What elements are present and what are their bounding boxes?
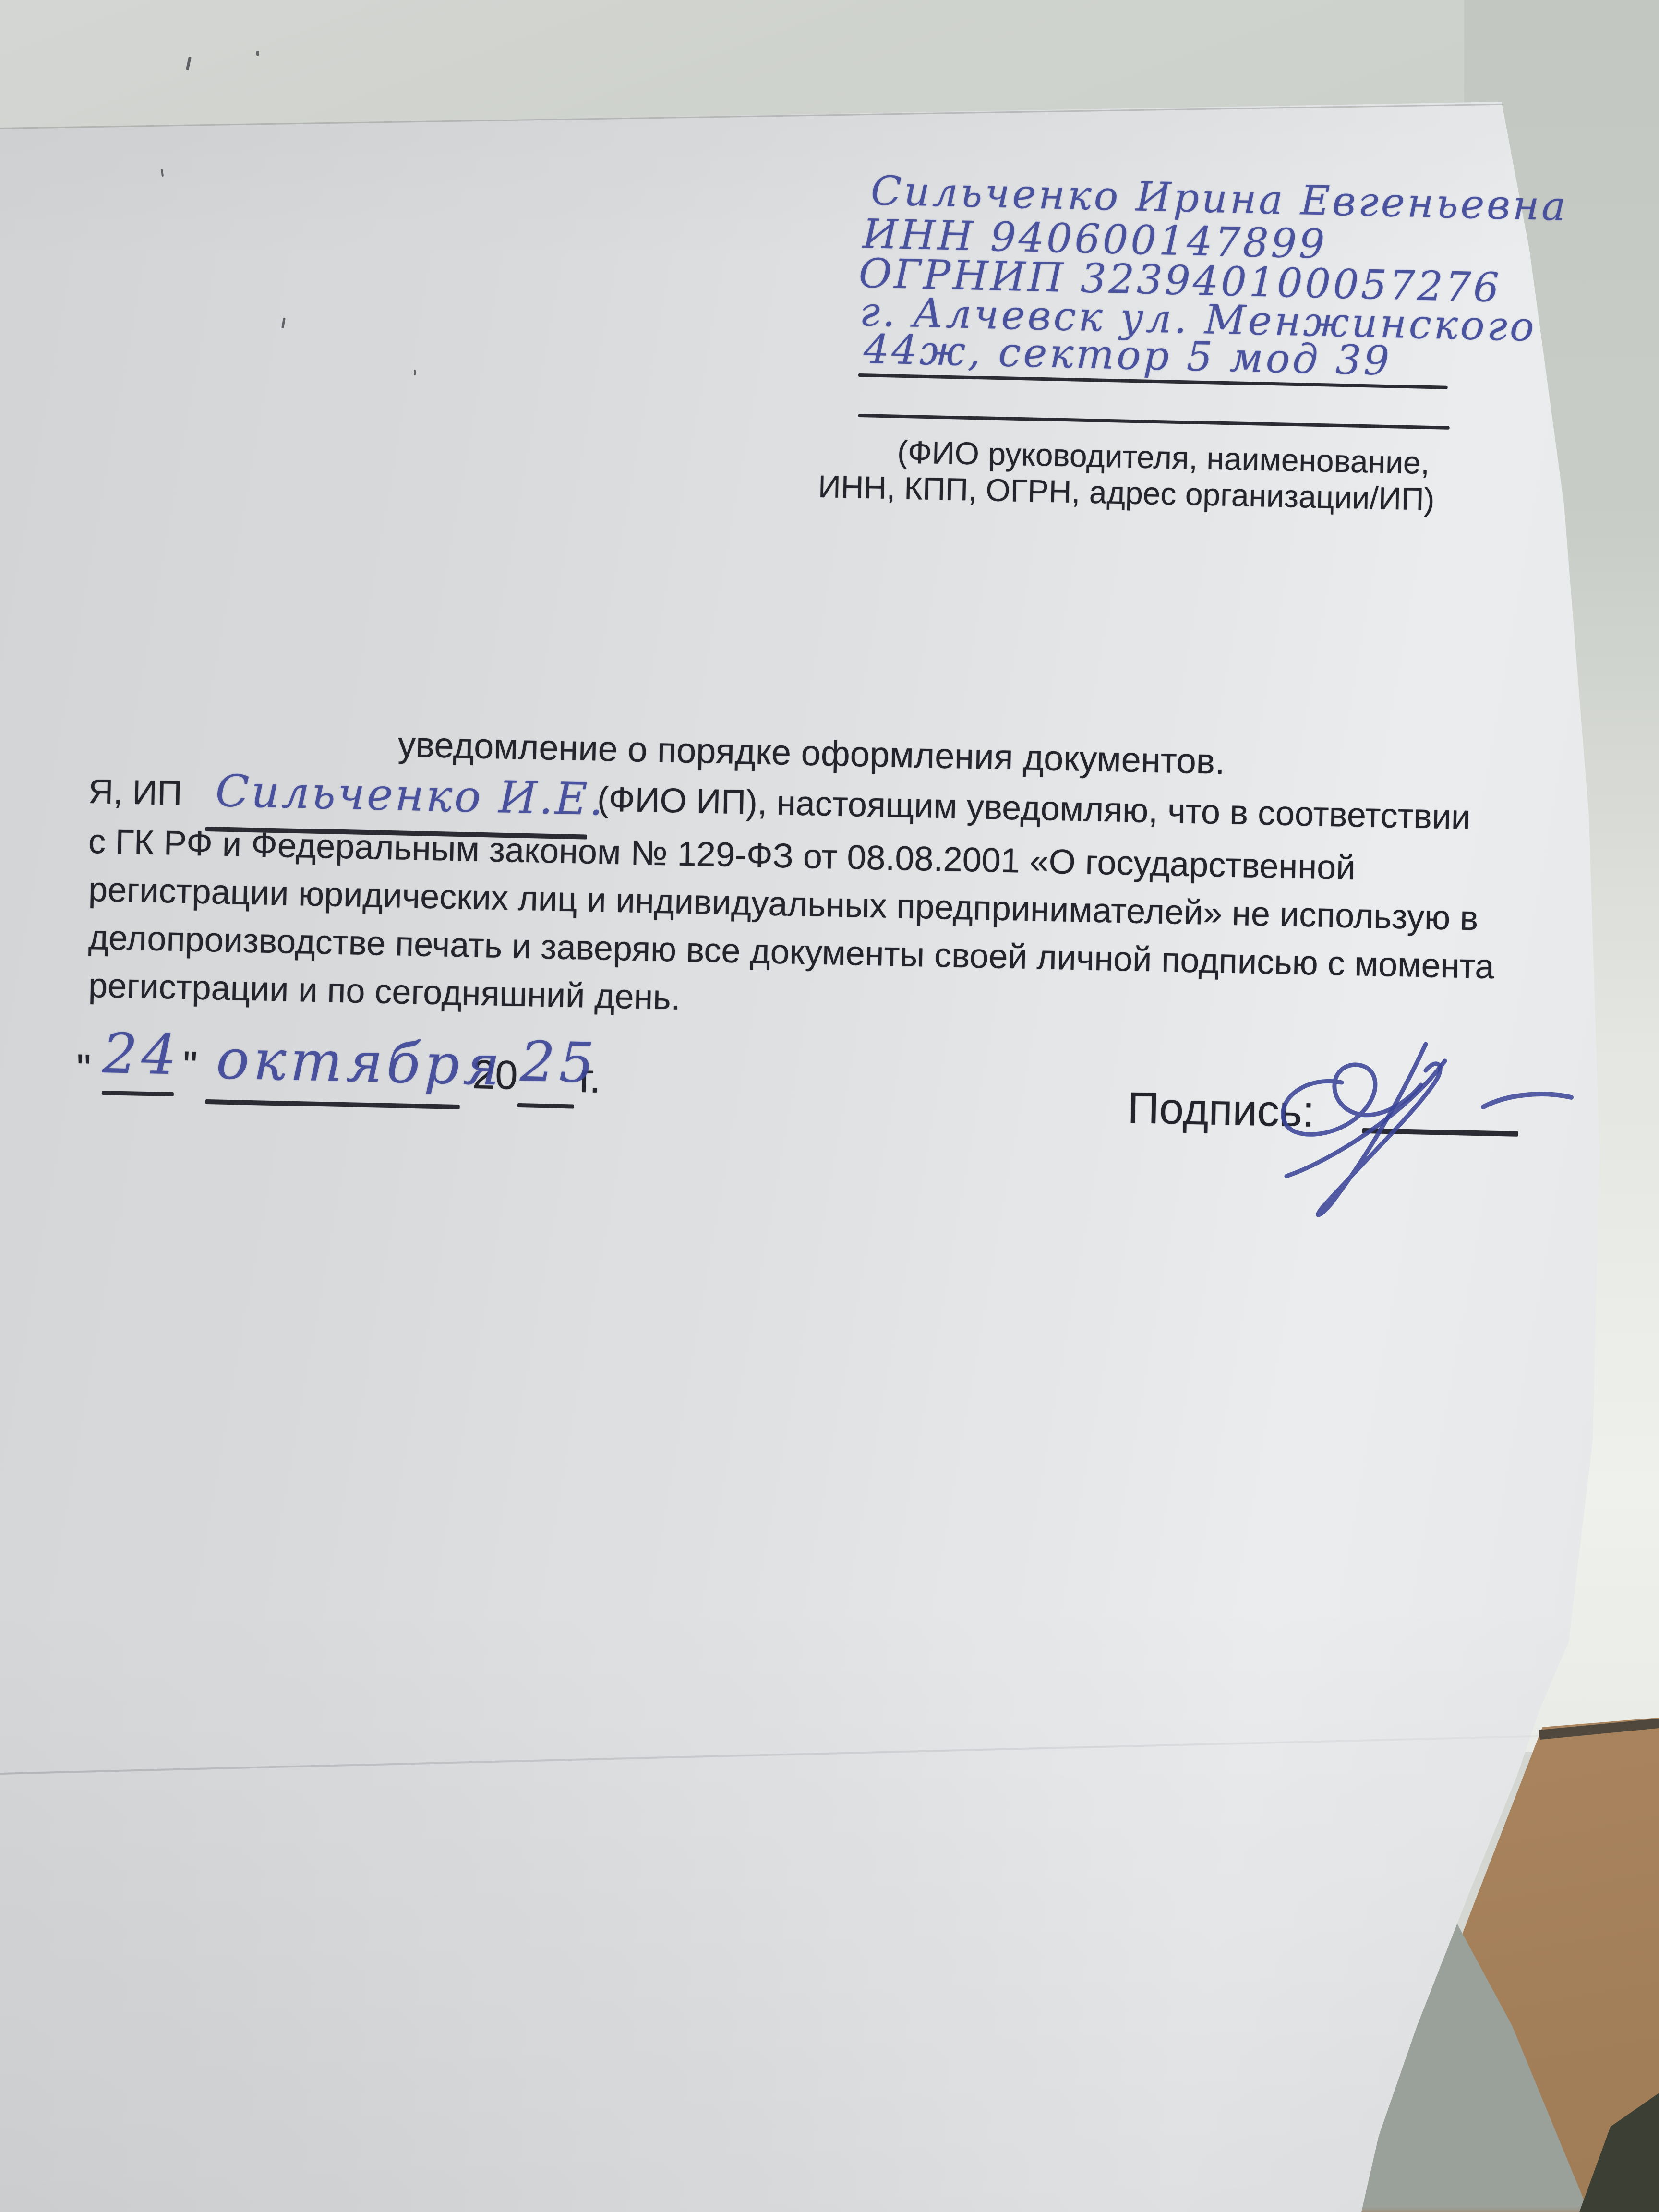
- metal-object: [1553, 1805, 1649, 2141]
- signature-dash: [1478, 1084, 1578, 1118]
- date-close-quote: ": [182, 1043, 198, 1090]
- handwritten-day: 24: [102, 1022, 181, 1088]
- body-line-1-prefix: Я, ИП: [88, 772, 182, 813]
- paper-speck: [186, 57, 192, 71]
- paper-speck: [256, 51, 259, 56]
- signature-scrawl: [1219, 1018, 1488, 1224]
- handwritten-month: октября: [216, 1027, 505, 1098]
- paper-speck: [414, 370, 416, 375]
- handwritten-year: 25: [519, 1030, 599, 1096]
- date-open-quote: ": [76, 1046, 91, 1093]
- handwritten-fio-ip: Сильченко И.Е.: [215, 765, 606, 825]
